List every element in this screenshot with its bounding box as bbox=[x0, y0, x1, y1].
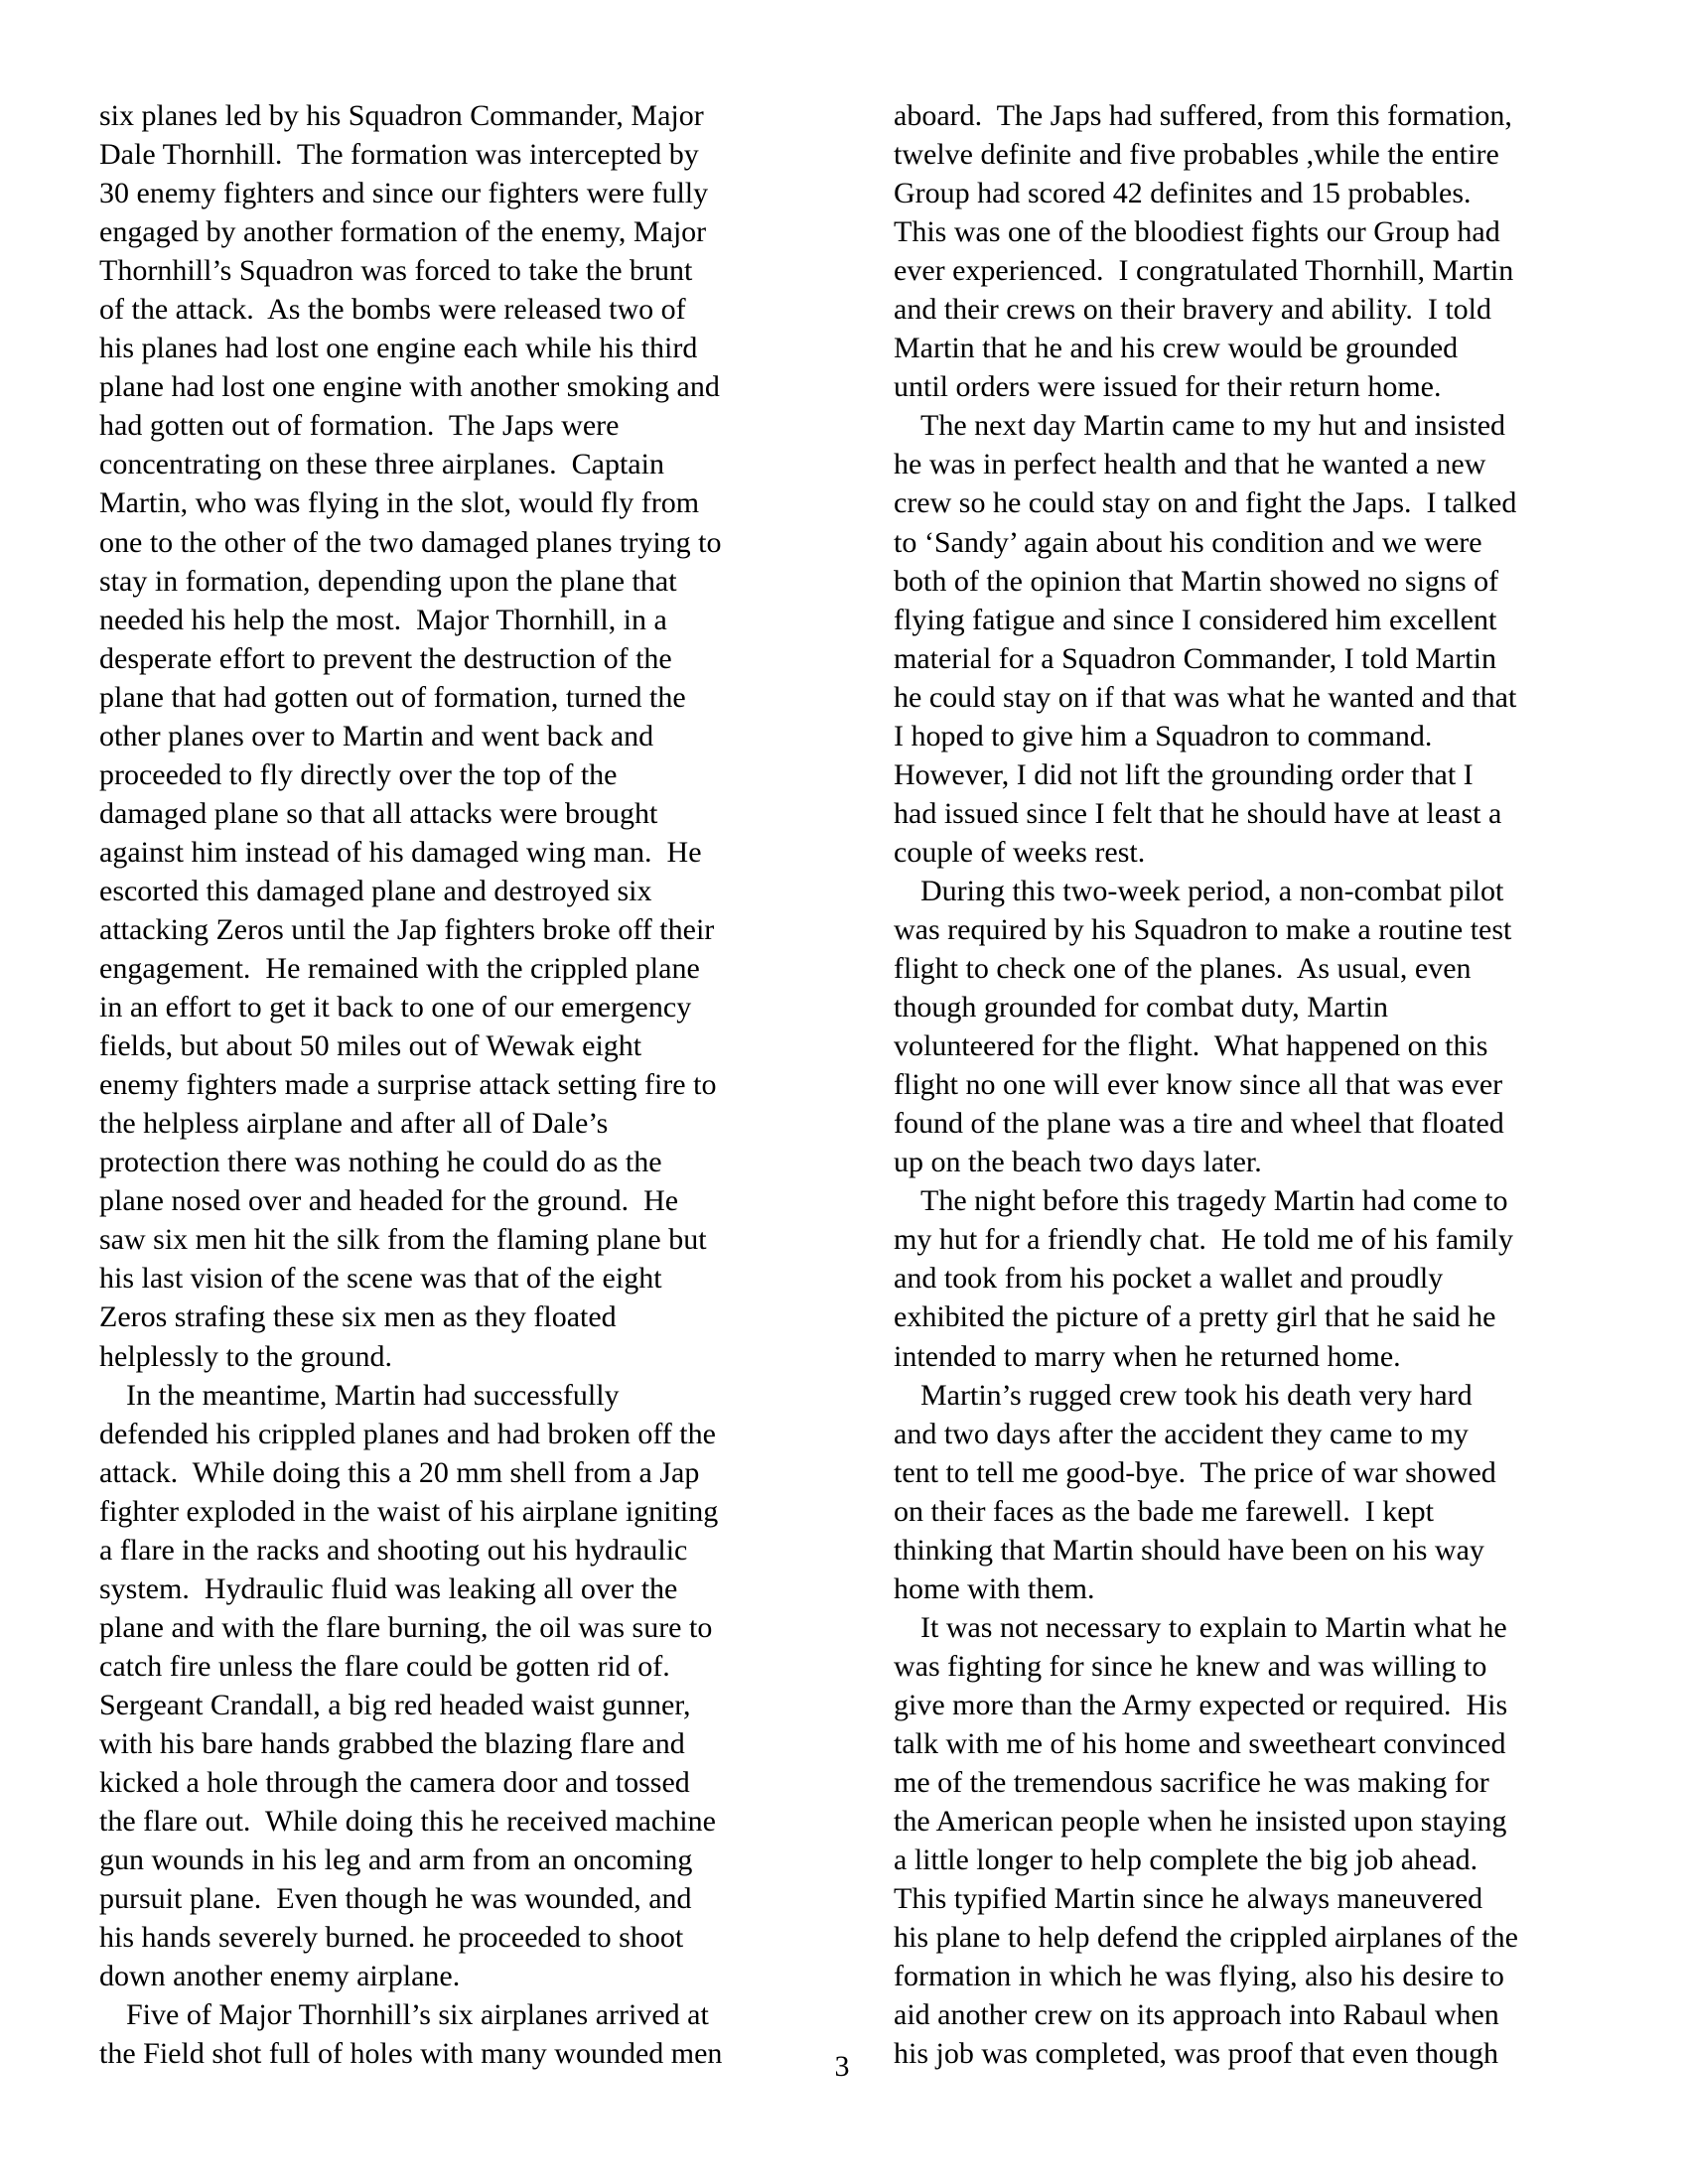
text-line: plane and with the flare burning, the oi… bbox=[99, 1608, 794, 1647]
text-line: up on the beach two days later. bbox=[894, 1143, 1589, 1181]
page-number: 3 bbox=[0, 2047, 1688, 2086]
paragraph-first-line: Five of Major Thornhill’s six airplanes … bbox=[99, 1995, 794, 2034]
text-line: saw six men hit the silk from the flamin… bbox=[99, 1220, 794, 1259]
text-line: aboard. The Japs had suffered, from this… bbox=[894, 96, 1589, 135]
text-line: attack. While doing this a 20 mm shell f… bbox=[99, 1453, 794, 1492]
text-line: catch fire unless the flare could be got… bbox=[99, 1647, 794, 1686]
text-line: was fighting for since he knew and was w… bbox=[894, 1647, 1589, 1686]
text-line: attacking Zeros until the Jap fighters b… bbox=[99, 910, 794, 949]
text-line: 30 enemy fighters and since our fighters… bbox=[99, 174, 794, 212]
text-line: engagement. He remained with the cripple… bbox=[99, 949, 794, 988]
text-line: down another enemy airplane. bbox=[99, 1957, 794, 1995]
text-line: both of the opinion that Martin showed n… bbox=[894, 562, 1589, 601]
text-line: flight no one will ever know since all t… bbox=[894, 1065, 1589, 1104]
text-line: to ‘Sandy’ again about his condition and… bbox=[894, 523, 1589, 562]
text-line: Group had scored 42 definites and 15 pro… bbox=[894, 174, 1589, 212]
text-line: formation in which he was flying, also h… bbox=[894, 1957, 1589, 1995]
text-line: defended his crippled planes and had bro… bbox=[99, 1415, 794, 1453]
text-line: his plane to help defend the crippled ai… bbox=[894, 1918, 1589, 1957]
text-line: and their crews on their bravery and abi… bbox=[894, 290, 1589, 329]
text-line: This was one of the bloodiest fights our… bbox=[894, 212, 1589, 251]
text-line: Martin that he and his crew would be gro… bbox=[894, 329, 1589, 367]
text-line: However, I did not lift the grounding or… bbox=[894, 755, 1589, 794]
text-line: flight to check one of the planes. As us… bbox=[894, 949, 1589, 988]
text-line: damaged plane so that all attacks were b… bbox=[99, 794, 794, 833]
text-line: engaged by another formation of the enem… bbox=[99, 212, 794, 251]
text-line: his hands severely burned. he proceeded … bbox=[99, 1918, 794, 1957]
text-line: my hut for a friendly chat. He told me o… bbox=[894, 1220, 1589, 1259]
text-line: This typified Martin since he always man… bbox=[894, 1879, 1589, 1918]
text-line: had gotten out of formation. The Japs we… bbox=[99, 406, 794, 445]
text-line: flying fatigue and since I considered hi… bbox=[894, 601, 1589, 639]
paragraph-first-line: In the meantime, Martin had successfully bbox=[99, 1376, 794, 1415]
text-line: escorted this damaged plane and destroye… bbox=[99, 872, 794, 910]
text-line: the flare out. While doing this he recei… bbox=[99, 1802, 794, 1841]
text-line: aid another crew on its approach into Ra… bbox=[894, 1995, 1589, 2034]
text-line: of the attack. As the bombs were release… bbox=[99, 290, 794, 329]
text-line: gun wounds in his leg and arm from an on… bbox=[99, 1841, 794, 1879]
text-line: tent to tell me good-bye. The price of w… bbox=[894, 1453, 1589, 1492]
text-line: stay in formation, depending upon the pl… bbox=[99, 562, 794, 601]
text-line: had issued since I felt that he should h… bbox=[894, 794, 1589, 833]
text-line: material for a Squadron Commander, I tol… bbox=[894, 639, 1589, 678]
paragraph-first-line: The next day Martin came to my hut and i… bbox=[894, 406, 1589, 445]
text-line: found of the plane was a tire and wheel … bbox=[894, 1104, 1589, 1143]
text-line: exhibited the picture of a pretty girl t… bbox=[894, 1297, 1589, 1336]
text-line: the American people when he insisted upo… bbox=[894, 1802, 1589, 1841]
text-column-left: six planes led by his Squadron Commander… bbox=[99, 96, 794, 2073]
text-line: plane nosed over and headed for the grou… bbox=[99, 1181, 794, 1220]
text-line: his planes had lost one engine each whil… bbox=[99, 329, 794, 367]
text-line: concentrating on these three airplanes. … bbox=[99, 445, 794, 483]
text-line: intended to marry when he returned home. bbox=[894, 1337, 1589, 1376]
text-line: until orders were issued for their retur… bbox=[894, 367, 1589, 406]
text-line: ever experienced. I congratulated Thornh… bbox=[894, 251, 1589, 290]
text-line: six planes led by his Squadron Commander… bbox=[99, 96, 794, 135]
text-line: he was in perfect health and that he wan… bbox=[894, 445, 1589, 483]
text-line: volunteered for the flight. What happene… bbox=[894, 1026, 1589, 1065]
text-line: home with them. bbox=[894, 1570, 1589, 1608]
text-line: twelve definite and five probables ,whil… bbox=[894, 135, 1589, 174]
text-line: plane that had gotten out of formation, … bbox=[99, 678, 794, 717]
text-line: Dale Thornhill. The formation was interc… bbox=[99, 135, 794, 174]
text-line: thinking that Martin should have been on… bbox=[894, 1531, 1589, 1570]
text-line: me of the tremendous sacrifice he was ma… bbox=[894, 1763, 1589, 1802]
text-line: I hoped to give him a Squadron to comman… bbox=[894, 717, 1589, 755]
text-line: kicked a hole through the camera door an… bbox=[99, 1763, 794, 1802]
paragraph-first-line: Martin’s rugged crew took his death very… bbox=[894, 1376, 1589, 1415]
text-line: crew so he could stay on and fight the J… bbox=[894, 483, 1589, 522]
text-line: desperate effort to prevent the destruct… bbox=[99, 639, 794, 678]
text-line: his last vision of the scene was that of… bbox=[99, 1259, 794, 1297]
text-line: system. Hydraulic fluid was leaking all … bbox=[99, 1570, 794, 1608]
text-line: talk with me of his home and sweetheart … bbox=[894, 1724, 1589, 1763]
text-line: proceeded to fly directly over the top o… bbox=[99, 755, 794, 794]
text-line: couple of weeks rest. bbox=[894, 833, 1589, 872]
text-line: he could stay on if that was what he wan… bbox=[894, 678, 1589, 717]
text-line: and two days after the accident they cam… bbox=[894, 1415, 1589, 1453]
text-line: on their faces as the bade me farewell. … bbox=[894, 1492, 1589, 1531]
text-line: and took from his pocket a wallet and pr… bbox=[894, 1259, 1589, 1297]
text-line: pursuit plane. Even though he was wounde… bbox=[99, 1879, 794, 1918]
text-line: Thornhill’s Squadron was forced to take … bbox=[99, 251, 794, 290]
text-line: a flare in the racks and shooting out hi… bbox=[99, 1531, 794, 1570]
text-line: Sergeant Crandall, a big red headed wais… bbox=[99, 1686, 794, 1724]
text-line: needed his help the most. Major Thornhil… bbox=[99, 601, 794, 639]
text-line: a little longer to help complete the big… bbox=[894, 1841, 1589, 1879]
text-line: protection there was nothing he could do… bbox=[99, 1143, 794, 1181]
paragraph-first-line: The night before this tragedy Martin had… bbox=[894, 1181, 1589, 1220]
page-number-text: 3 bbox=[835, 2050, 850, 2083]
text-line: plane had lost one engine with another s… bbox=[99, 367, 794, 406]
text-line: was required by his Squadron to make a r… bbox=[894, 910, 1589, 949]
text-line: against him instead of his damaged wing … bbox=[99, 833, 794, 872]
text-column-right: aboard. The Japs had suffered, from this… bbox=[894, 96, 1589, 2073]
text-line: though grounded for combat duty, Martin bbox=[894, 988, 1589, 1026]
text-line: in an effort to get it back to one of ou… bbox=[99, 988, 794, 1026]
text-line: fields, but about 50 miles out of Wewak … bbox=[99, 1026, 794, 1065]
text-line: Martin, who was flying in the slot, woul… bbox=[99, 483, 794, 522]
text-line: the helpless airplane and after all of D… bbox=[99, 1104, 794, 1143]
paragraph-first-line: It was not necessary to explain to Marti… bbox=[894, 1608, 1589, 1647]
text-line: Zeros strafing these six men as they flo… bbox=[99, 1297, 794, 1336]
text-line: one to the other of the two damaged plan… bbox=[99, 523, 794, 562]
text-line: helplessly to the ground. bbox=[99, 1337, 794, 1376]
paragraph-first-line: During this two-week period, a non-comba… bbox=[894, 872, 1589, 910]
text-line: other planes over to Martin and went bac… bbox=[99, 717, 794, 755]
text-line: give more than the Army expected or requ… bbox=[894, 1686, 1589, 1724]
text-line: fighter exploded in the waist of his air… bbox=[99, 1492, 794, 1531]
text-line: enemy fighters made a surprise attack se… bbox=[99, 1065, 794, 1104]
text-line: with his bare hands grabbed the blazing … bbox=[99, 1724, 794, 1763]
